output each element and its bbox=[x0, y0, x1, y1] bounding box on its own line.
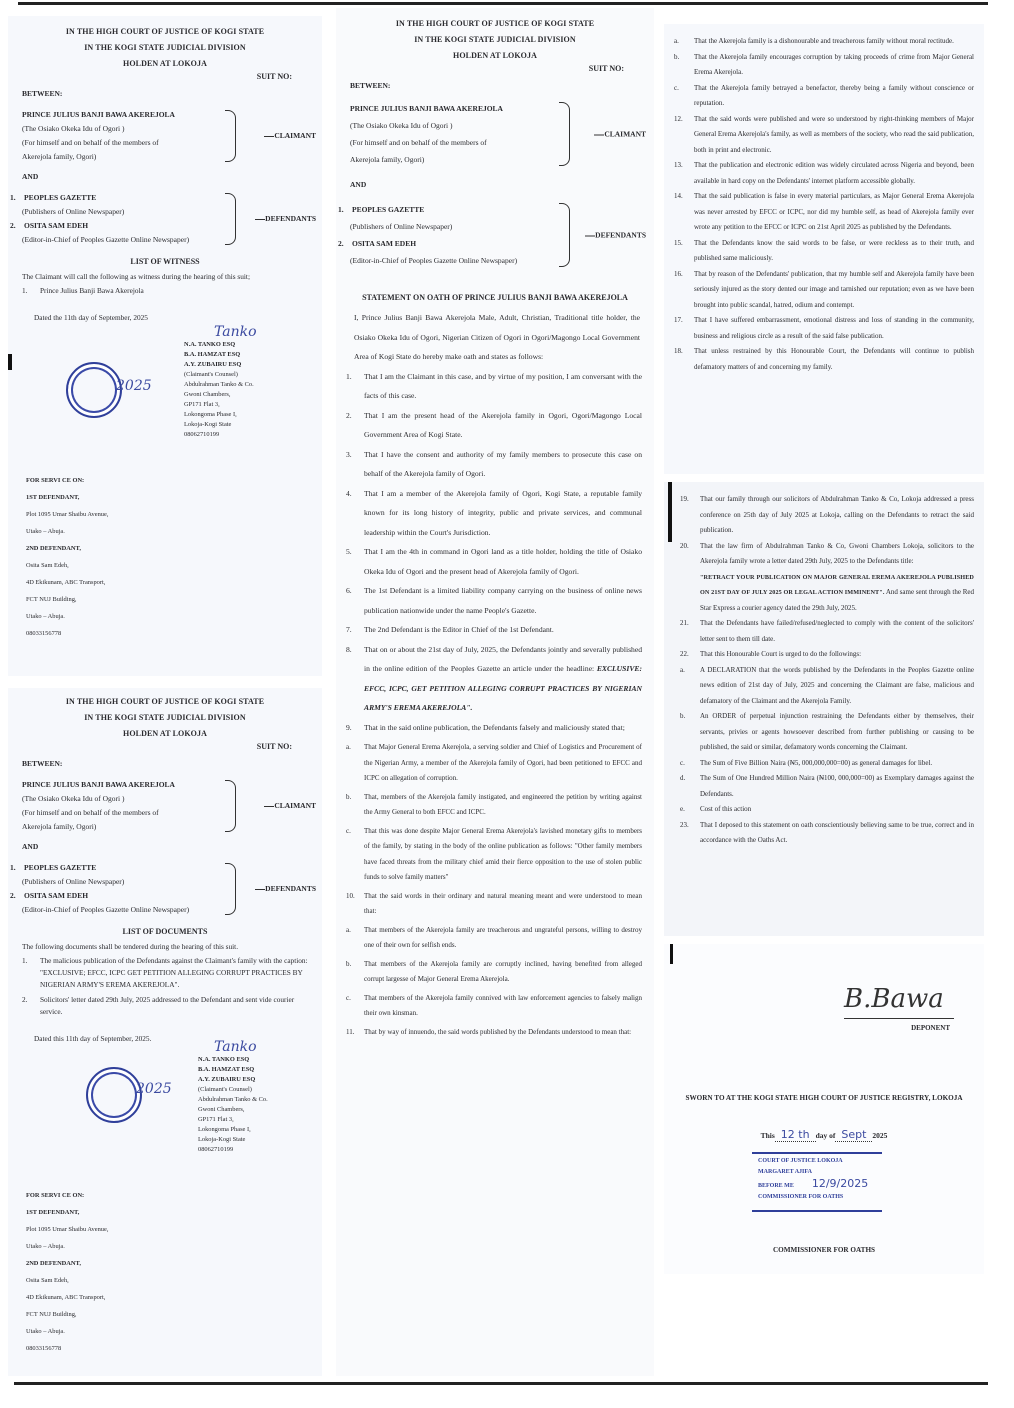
stamp-scrawl: 2025 bbox=[136, 1081, 172, 1097]
document-num: 1. bbox=[22, 955, 40, 991]
stamp-line: BEFORE ME bbox=[758, 1183, 794, 1189]
paragraph-text: An ORDER of perpetual injunction restrai… bbox=[700, 709, 974, 756]
counsel-phone: 08062710199 bbox=[198, 1145, 268, 1155]
paragraph-text: That the Akerejola family betrayed a ben… bbox=[694, 81, 974, 112]
defendants-block: 1.PEOPLES GAZETTE (Publishers of Online … bbox=[350, 201, 654, 269]
witness-list-title: LIST OF WITNESS bbox=[8, 257, 322, 266]
paragraph-body: That members of the Akerejola family con… bbox=[364, 994, 642, 1018]
counsel-address-line: Lokoja-Kogi State bbox=[198, 1135, 268, 1145]
paragraph-number: 3. bbox=[346, 445, 364, 484]
paragraph-body: That the said publication is false in ev… bbox=[694, 192, 974, 231]
paragraph-number: 6. bbox=[346, 581, 364, 620]
paragraph-number: 7. bbox=[346, 620, 364, 640]
paragraph-text: That members of the Akerejola family are… bbox=[364, 957, 642, 988]
counsel-signature-block: 2025 Tanko N.A. TANKO ESQ B.A. HAMZAT ES… bbox=[8, 1047, 322, 1187]
counsel-address-line: Gwoni Chambers, bbox=[184, 390, 254, 400]
deponent-signature: B.Bawa bbox=[844, 984, 944, 1014]
and-label: AND bbox=[22, 172, 322, 181]
claimant-label: CLAIMANT bbox=[274, 129, 316, 143]
paragraph-text: That the Akerejola family encourages cor… bbox=[694, 50, 974, 81]
counsel-signature: Tanko bbox=[214, 1039, 257, 1055]
defendant-2-num: 2. bbox=[10, 219, 24, 233]
paragraph: 12.That the said words were published an… bbox=[674, 112, 974, 159]
defendants-label: DEFENDANTS bbox=[265, 882, 316, 896]
document-item: 2.Solicitors' letter dated 29th July, 20… bbox=[22, 994, 312, 1018]
paragraph-text: The 2nd Defendant is the Editor in Chief… bbox=[364, 620, 554, 640]
service-address-line: Utako – Abuja. bbox=[26, 523, 322, 540]
court-header-line3: HOLDEN AT LOKOJA bbox=[8, 726, 322, 742]
court-header-line2: IN THE KOGI STATE JUDICIAL DIVISION bbox=[8, 710, 322, 726]
paragraph-body: That the Akerejola family is a dishonour… bbox=[694, 37, 954, 45]
paragraph: 7.The 2nd Defendant is the Editor in Chi… bbox=[346, 620, 642, 640]
top-border-rule bbox=[18, 2, 988, 5]
counsel-address-line: Lokongoma Phase I, bbox=[184, 410, 254, 420]
statement-on-oath-page: IN THE HIGH COURT OF JUSTICE OF KOGI STA… bbox=[336, 8, 654, 1376]
paragraph: 22.That this Honourable Court is urged t… bbox=[680, 647, 974, 663]
paragraph-text: That the Akerejola family is a dishonour… bbox=[694, 34, 954, 50]
deponent-signature-block: B.Bawa DEPONENT bbox=[834, 984, 954, 1044]
paragraph-body: That I am the Claimant in this case, and… bbox=[364, 372, 642, 401]
paragraph-text: The Sum of One Hundred Million Naira (₦1… bbox=[700, 771, 974, 802]
defendant-2-name: OSITA SAM EDEH bbox=[24, 221, 88, 230]
paragraph-number: 2. bbox=[346, 406, 364, 445]
sworn-statement: SWORN TO AT THE KOGI STATE HIGH COURT OF… bbox=[664, 1094, 984, 1102]
defendant-2-desc: (Editor-in-Chief of Peoples Gazette Onli… bbox=[350, 252, 654, 269]
paragraph-text: That the Defendants know the said words … bbox=[694, 236, 974, 267]
paragraph-body: The 1st Defendant is a limited liability… bbox=[364, 586, 642, 615]
paragraph: 17.That I have suffered embarrassment, e… bbox=[674, 313, 974, 344]
paragraph-text: That I deposed to this statement on oath… bbox=[700, 818, 974, 849]
statement-continued-paragraphs: a.That the Akerejola family is a dishono… bbox=[674, 34, 974, 375]
chambers-stamp-icon bbox=[66, 362, 122, 418]
court-header-line3: HOLDEN AT LOKOJA bbox=[8, 56, 322, 72]
statement-paragraphs: 1.That I am the Claimant in this case, a… bbox=[346, 367, 642, 1041]
court-header-line3: HOLDEN AT LOKOJA bbox=[336, 48, 654, 64]
claimant-block: PRINCE JULIUS BANJI BAWA AKEREJOLA (The … bbox=[350, 100, 654, 168]
paragraph-number: 10. bbox=[346, 889, 364, 920]
paragraph-text: That this was done despite Major General… bbox=[364, 824, 642, 886]
paragraph-number: 18. bbox=[674, 344, 694, 375]
claimant-name: PRINCE JULIUS BANJI BAWA AKEREJOLA bbox=[22, 108, 322, 122]
claimant-brace bbox=[225, 780, 236, 832]
paragraph-text: That the said words in their ordinary an… bbox=[364, 889, 642, 920]
paragraph: b.An ORDER of perpetual injunction restr… bbox=[680, 709, 974, 756]
paragraph-text: That on or about the 21st day of July, 2… bbox=[364, 640, 642, 718]
court-header-line2: IN THE KOGI STATE JUDICIAL DIVISION bbox=[336, 32, 654, 48]
paragraph: b.That, members of the Akerejola family … bbox=[346, 790, 642, 821]
service-address-line: Osita Sam Edeh, bbox=[26, 557, 322, 574]
paragraph-body: That this was done despite Major General… bbox=[364, 827, 642, 882]
service-address-line: Osita Sam Edeh, bbox=[26, 1272, 322, 1289]
paragraph-text: The 1st Defendant is a limited liability… bbox=[364, 581, 642, 620]
paragraph-body: That the Defendants know the said words … bbox=[694, 239, 974, 263]
service-phone: 08033156778 bbox=[26, 1340, 322, 1357]
paragraph: 13.That the publication and electronic e… bbox=[674, 158, 974, 189]
paragraph-body: That members of the Akerejola family are… bbox=[364, 926, 642, 950]
paragraph-number: 21. bbox=[680, 616, 700, 647]
paragraph-text: That members of the Akerejola family con… bbox=[364, 991, 642, 1022]
paragraph: 3.That I have the consent and authority … bbox=[346, 445, 642, 484]
paragraph: 5.That I am the 4th in command in Ogori … bbox=[346, 542, 642, 581]
paragraph-number: b. bbox=[346, 790, 364, 821]
between-label: BETWEEN: bbox=[22, 89, 322, 98]
paragraph-body: The Sum of Five Billion Naira (₦5, 000,0… bbox=[700, 759, 932, 767]
defendants-brace bbox=[225, 863, 236, 915]
counsel-name: N.A. TANKO ESQ bbox=[198, 1055, 268, 1065]
documents-intro: The following documents shall be tendere… bbox=[22, 940, 310, 953]
court-header-line2: IN THE KOGI STATE JUDICIAL DIVISION bbox=[8, 40, 322, 56]
paragraph-number: 5. bbox=[346, 542, 364, 581]
document-text: Solicitors' letter dated 29th July, 2025… bbox=[40, 994, 312, 1018]
paragraph-text: That the Defendants have failed/refused/… bbox=[700, 616, 974, 647]
claimant-label: CLAIMANT bbox=[604, 126, 646, 143]
service-title: FOR SERVI CE ON: bbox=[26, 1187, 322, 1204]
paragraph-body: That I deposed to this statement on oath… bbox=[700, 821, 974, 845]
defendants-block: 1.PEOPLES GAZETTE (Publishers of Online … bbox=[22, 191, 322, 247]
paragraph-body: That the Akerejola family betrayed a ben… bbox=[694, 84, 974, 108]
counsel-name: A.Y. ZUBAIRU ESQ bbox=[198, 1075, 268, 1085]
witness-num: 1. bbox=[22, 285, 40, 297]
claimant-block: PRINCE JULIUS BANJI BAWA AKEREJOLA (The … bbox=[22, 108, 322, 164]
paragraph-body: That the said words were published and w… bbox=[694, 115, 974, 154]
counsel-address-line: Lokongoma Phase I, bbox=[198, 1125, 268, 1135]
commissioner-stamp: COURT OF JUSTICE LOKOJA MARGARET AJIFA B… bbox=[752, 1152, 882, 1212]
defendants-block: 1.PEOPLES GAZETTE (Publishers of Online … bbox=[22, 861, 322, 917]
paragraph-number: b. bbox=[674, 50, 694, 81]
counsel-address-line: Abdulrahman Tanko & Co. bbox=[198, 1095, 268, 1105]
paragraph: a.A DECLARATION that the words published… bbox=[680, 663, 974, 710]
witness-name: Prince Julius Banji Bawa Akerejola bbox=[40, 285, 144, 297]
paragraph-text: That this Honourable Court is urged to d… bbox=[700, 647, 861, 663]
bottom-border-rule bbox=[14, 1382, 988, 1385]
defendant-2-num: 2. bbox=[338, 235, 352, 252]
paragraph: c.That members of the Akerejola family c… bbox=[346, 991, 642, 1022]
service-address-line: Utako – Abuja. bbox=[26, 1238, 322, 1255]
counsel-address-line: Abdulrahman Tanko & Co. bbox=[184, 380, 254, 390]
defendant-2-name: OSITA SAM EDEH bbox=[352, 239, 416, 248]
paragraph-body: That I have the consent and authority of… bbox=[364, 450, 642, 479]
paragraph-body: The 2nd Defendant is the Editor in Chief… bbox=[364, 625, 554, 634]
paragraph-number: 16. bbox=[674, 267, 694, 314]
paragraph: 8.That on or about the 21st day of July,… bbox=[346, 640, 642, 718]
claimant-behalf-2: Akerejola family, Ogori) bbox=[350, 151, 654, 168]
defendant-1-num: 1. bbox=[338, 201, 352, 218]
paragraph-text: That in the said online publication, the… bbox=[364, 718, 625, 738]
paragraph: 23.That I deposed to this statement on o… bbox=[680, 818, 974, 849]
paragraph: b.That the Akerejola family encourages c… bbox=[674, 50, 974, 81]
paragraph-body: That Major General Erema Akerejola, a se… bbox=[364, 743, 642, 782]
service-address-line: FCT NUJ Building, bbox=[26, 591, 322, 608]
paragraph-number: c. bbox=[680, 756, 700, 772]
counsel-role: (Claimant's Counsel) bbox=[198, 1085, 268, 1095]
handwritten-month: Sept bbox=[835, 1128, 872, 1142]
defendant-1-name: PEOPLES GAZETTE bbox=[352, 205, 424, 214]
paragraph: e.Cost of this action bbox=[680, 802, 974, 818]
witness-intro: The Claimant will call the following as … bbox=[22, 270, 310, 283]
claimant-brace bbox=[225, 110, 236, 162]
court-header-line1: IN THE HIGH COURT OF JUSTICE OF KOGI STA… bbox=[8, 24, 322, 40]
service-address-line: FCT NUJ Building, bbox=[26, 1306, 322, 1323]
paragraph: 16.That by reason of the Defendants' pub… bbox=[674, 267, 974, 314]
paragraph: 21.That the Defendants have failed/refus… bbox=[680, 616, 974, 647]
between-label: BETWEEN: bbox=[22, 759, 322, 768]
reliefs-page: 19.That our family through our solicitor… bbox=[664, 482, 984, 936]
documents-list-title: LIST OF DOCUMENTS bbox=[8, 927, 322, 936]
reliefs-paragraphs: 19.That our family through our solicitor… bbox=[680, 492, 974, 849]
stamp-scrawl: 2025 bbox=[116, 378, 152, 394]
counsel-role: (Claimant's Counsel) bbox=[184, 370, 254, 380]
paragraph-body: That by way of innuendo, the said words … bbox=[364, 1028, 631, 1036]
paragraph: 11.That by way of innuendo, the said wor… bbox=[346, 1025, 642, 1041]
paragraph-body: That the Akerejola family encourages cor… bbox=[694, 53, 974, 77]
counsel-name: N.A. TANKO ESQ bbox=[184, 340, 254, 350]
paragraph-body: That, members of the Akerejola family in… bbox=[364, 793, 642, 817]
paragraph-body: Cost of this action bbox=[700, 805, 751, 813]
service-address-line: Plot 1095 Umar Shaibu Avenue, bbox=[26, 1221, 322, 1238]
paragraph-number: b. bbox=[680, 709, 700, 756]
paragraph: a.That the Akerejola family is a dishono… bbox=[674, 34, 974, 50]
paragraph: 10.That the said words in their ordinary… bbox=[346, 889, 642, 920]
stamp-line: COURT OF JUSTICE LOKOJA bbox=[758, 1156, 876, 1167]
counsel-details: N.A. TANKO ESQ B.A. HAMZAT ESQ A.Y. ZUBA… bbox=[198, 1055, 268, 1155]
paragraph-number: 9. bbox=[346, 718, 364, 738]
paragraph: d.The Sum of One Hundred Million Naira (… bbox=[680, 771, 974, 802]
paragraph-body: That members of the Akerejola family are… bbox=[364, 960, 642, 984]
paragraph-text: That by way of innuendo, the said words … bbox=[364, 1025, 631, 1041]
suit-no: SUIT NO: bbox=[8, 72, 292, 81]
paragraph-body: That this Honourable Court is urged to d… bbox=[700, 650, 861, 658]
paragraph-body: That I am a member of the Akerejola fami… bbox=[364, 489, 642, 537]
paragraph-number: a. bbox=[680, 663, 700, 710]
paragraph-text: A DECLARATION that the words published b… bbox=[700, 663, 974, 710]
paragraph-body: A DECLARATION that the words published b… bbox=[700, 666, 974, 705]
paragraph-number: 12. bbox=[674, 112, 694, 159]
sworn-year: 2025 bbox=[872, 1131, 887, 1140]
documents-list: 1.The malicious publication of the Defen… bbox=[22, 955, 312, 1018]
statement-title: STATEMENT ON OATH OF PRINCE JULIUS BANJI… bbox=[336, 293, 654, 302]
defendant-2-name: OSITA SAM EDEH bbox=[24, 891, 88, 900]
paragraph-text: That I am a member of the Akerejola fami… bbox=[364, 484, 642, 543]
paragraph-number: 1. bbox=[346, 367, 364, 406]
defendant-1-name: PEOPLES GAZETTE bbox=[24, 863, 96, 872]
documents-list-page: IN THE HIGH COURT OF JUSTICE OF KOGI STA… bbox=[8, 688, 322, 1376]
second-defendant-label: 2ND DEFENDANT, bbox=[26, 540, 322, 557]
claimant-name: PRINCE JULIUS BANJI BAWA AKEREJOLA bbox=[350, 100, 654, 117]
paragraph: a.That Major General Erema Akerejola, a … bbox=[346, 740, 642, 787]
witness-item: 1.Prince Julius Banji Bawa Akerejola bbox=[22, 285, 312, 297]
paragraph-text: That members of the Akerejola family are… bbox=[364, 923, 642, 954]
paragraph-text: That I have the consent and authority of… bbox=[364, 445, 642, 484]
defendant-1-num: 1. bbox=[10, 861, 24, 875]
chambers-stamp-icon bbox=[86, 1067, 142, 1123]
paragraph-body: That the Defendants have failed/refused/… bbox=[700, 619, 974, 643]
paragraph-text: That, members of the Akerejola family in… bbox=[364, 790, 642, 821]
paragraph-body: That the said words in their ordinary an… bbox=[364, 892, 642, 916]
witness-list-page: IN THE HIGH COURT OF JUSTICE OF KOGI STA… bbox=[8, 16, 322, 676]
paragraph-number: 11. bbox=[346, 1025, 364, 1041]
paragraph-text: That the said publication is false in ev… bbox=[694, 189, 974, 236]
paragraph: 9.That in the said online publication, t… bbox=[346, 718, 642, 738]
paragraph: 18.That unless restrained by this Honour… bbox=[674, 344, 974, 375]
claimant-behalf-2: Akerejola family, Ogori) bbox=[22, 150, 322, 164]
paragraph-text: That unless restrained by this Honourabl… bbox=[694, 344, 974, 375]
and-label: AND bbox=[350, 180, 654, 189]
document-item: 1.The malicious publication of the Defen… bbox=[22, 955, 312, 991]
paragraph: c.The Sum of Five Billion Naira (₦5, 000… bbox=[680, 756, 974, 772]
paragraph-body: That by reason of the Defendants' public… bbox=[694, 270, 974, 309]
paragraph-number: 22. bbox=[680, 647, 700, 663]
paragraph-body: That the law firm of Abdulrahman Tanko &… bbox=[700, 542, 974, 566]
paragraph-text: That the said words were published and w… bbox=[694, 112, 974, 159]
paragraph-text: Cost of this action bbox=[700, 802, 751, 818]
service-address-line: 4D Ekikunam, ABC Transport, bbox=[26, 1289, 322, 1306]
claimant-behalf-2: Akerejola family, Ogori) bbox=[22, 820, 322, 834]
paragraph-text: The Sum of Five Billion Naira (₦5, 000,0… bbox=[700, 756, 932, 772]
paragraph-number: c. bbox=[346, 991, 364, 1022]
paragraph-number: c. bbox=[674, 81, 694, 112]
service-block: FOR SERVI CE ON: 1ST DEFENDANT, Plot 109… bbox=[26, 472, 322, 642]
service-block: FOR SERVI CE ON: 1ST DEFENDANT, Plot 109… bbox=[26, 1187, 322, 1357]
paragraph-body: The Sum of One Hundred Million Naira (₦1… bbox=[700, 774, 974, 798]
service-address-line: Plot 1095 Umar Shaibu Avenue, bbox=[26, 506, 322, 523]
paragraph-text: That Major General Erema Akerejola, a se… bbox=[364, 740, 642, 787]
defendants-label: DEFENDANTS bbox=[265, 212, 316, 226]
paragraph-number: b. bbox=[346, 957, 364, 988]
paragraph-text: That I have suffered embarrassment, emot… bbox=[694, 313, 974, 344]
jurat-page: B.Bawa DEPONENT SWORN TO AT THE KOGI STA… bbox=[664, 944, 984, 1274]
defendant-2-desc: (Editor-in-Chief of Peoples Gazette Onli… bbox=[22, 903, 322, 917]
claimant-brace bbox=[559, 102, 570, 166]
defendants-brace bbox=[225, 193, 236, 245]
scan-edge-mark bbox=[668, 482, 672, 542]
counsel-address-line: Gwoni Chambers, bbox=[198, 1105, 268, 1115]
defendant-2-desc: (Editor-in-Chief of Peoples Gazette Onli… bbox=[22, 233, 322, 247]
counsel-details: N.A. TANKO ESQ B.A. HAMZAT ESQ A.Y. ZUBA… bbox=[184, 340, 254, 440]
signature-line bbox=[844, 1018, 954, 1019]
suit-no: SUIT NO: bbox=[8, 742, 292, 751]
paragraph: b.That members of the Akerejola family a… bbox=[346, 957, 642, 988]
defendants-brace bbox=[559, 203, 570, 267]
counsel-address-line: Lokoja-Kogi State bbox=[184, 420, 254, 430]
paragraph-body: That I am the present head of the Akerej… bbox=[364, 411, 642, 440]
paragraph: 1.That I am the Claimant in this case, a… bbox=[346, 367, 642, 406]
paragraph-text: That our family through our solicitors o… bbox=[700, 492, 974, 539]
paragraph-body: That I am the 4th in command in Ogori la… bbox=[364, 547, 642, 576]
paragraph: 2.That I am the present head of the Aker… bbox=[346, 406, 642, 445]
counsel-name: B.A. HAMZAT ESQ bbox=[198, 1065, 268, 1075]
paragraph-number: d. bbox=[680, 771, 700, 802]
paragraph-text: That I am the 4th in command in Ogori la… bbox=[364, 542, 642, 581]
paragraph: 20.That the law firm of Abdulrahman Tank… bbox=[680, 539, 974, 617]
paragraph: 6.The 1st Defendant is a limited liabili… bbox=[346, 581, 642, 620]
claimant-block: PRINCE JULIUS BANJI BAWA AKEREJOLA (The … bbox=[22, 778, 322, 834]
paragraph: c.That this was done despite Major Gener… bbox=[346, 824, 642, 886]
documents-dated: Dated this 11th day of September, 2025. bbox=[34, 1034, 322, 1043]
claimant-name: PRINCE JULIUS BANJI BAWA AKEREJOLA bbox=[22, 778, 322, 792]
this-prefix: This bbox=[761, 1131, 775, 1140]
service-address-line: 4D Ekikunam, ABC Transport, bbox=[26, 574, 322, 591]
between-label: BETWEEN: bbox=[350, 81, 654, 90]
suit-no: SUIT NO: bbox=[336, 64, 624, 73]
counsel-address-line: GP171 Flat 3, bbox=[198, 1115, 268, 1125]
paragraph: 14.That the said publication is false in… bbox=[674, 189, 974, 236]
commissioner-label: COMMISSIONER FOR OATHS bbox=[664, 1246, 984, 1254]
first-defendant-label: 1ST DEFENDANT, bbox=[26, 1204, 322, 1221]
paragraph-number: a. bbox=[346, 740, 364, 787]
defendant-1-name: PEOPLES GAZETTE bbox=[24, 193, 96, 202]
paragraph-text: That I am the present head of the Akerej… bbox=[364, 406, 642, 445]
paragraph-text: That the law firm of Abdulrahman Tanko &… bbox=[700, 539, 974, 617]
paragraph-body: That the publication and electronic edit… bbox=[694, 161, 974, 185]
defendant-2-num: 2. bbox=[10, 889, 24, 903]
claimant-label: CLAIMANT bbox=[274, 799, 316, 813]
paragraph-text: That by reason of the Defendants' public… bbox=[694, 267, 974, 314]
paragraph-number: 23. bbox=[680, 818, 700, 849]
witness-dated: Dated the 11th day of September, 2025 bbox=[34, 313, 322, 322]
paragraph-number: 4. bbox=[346, 484, 364, 543]
handwritten-day: 12 th bbox=[775, 1128, 816, 1142]
paragraph: 15.That the Defendants know the said wor… bbox=[674, 236, 974, 267]
defendants-label: DEFENDANTS bbox=[595, 227, 646, 244]
day-of-label: day of bbox=[816, 1131, 836, 1140]
counsel-signature: Tanko bbox=[214, 324, 257, 340]
paragraph-body: That in the said online publication, the… bbox=[364, 723, 625, 732]
service-phone: 08033156778 bbox=[26, 625, 322, 642]
scan-edge-mark bbox=[670, 944, 673, 964]
paragraph-body: That our family through our solicitors o… bbox=[700, 495, 974, 534]
paragraph: a.That members of the Akerejola family a… bbox=[346, 923, 642, 954]
defendant-1-num: 1. bbox=[10, 191, 24, 205]
paragraph-number: e. bbox=[680, 802, 700, 818]
stamp-date: 12/9/2025 bbox=[812, 1177, 868, 1190]
paragraph-number: 8. bbox=[346, 640, 364, 718]
paragraph-body: An ORDER of perpetual injunction restrai… bbox=[700, 712, 974, 751]
paragraph-number: 13. bbox=[674, 158, 694, 189]
paragraph: 4.That I am a member of the Akerejola fa… bbox=[346, 484, 642, 543]
document-num: 2. bbox=[22, 994, 40, 1018]
service-address-line: Utako – Abuja. bbox=[26, 608, 322, 625]
paragraph-number: 20. bbox=[680, 539, 700, 617]
counsel-name: A.Y. ZUBAIRU ESQ bbox=[184, 360, 254, 370]
court-header-line1: IN THE HIGH COURT OF JUSTICE OF KOGI STA… bbox=[336, 16, 654, 32]
sworn-date-line: This12 thday ofSept2025 bbox=[664, 1128, 984, 1141]
paragraph-text: That the publication and electronic edit… bbox=[694, 158, 974, 189]
paragraph: c.That the Akerejola family betrayed a b… bbox=[674, 81, 974, 112]
deponent-label: DEPONENT bbox=[911, 1024, 950, 1032]
service-title: FOR SERVI CE ON: bbox=[26, 472, 322, 489]
paragraph-number: 19. bbox=[680, 492, 700, 539]
paragraph-number: c. bbox=[346, 824, 364, 886]
paragraph-number: 17. bbox=[674, 313, 694, 344]
witness-list: 1.Prince Julius Banji Bawa Akerejola bbox=[22, 285, 312, 297]
paragraph-number: a. bbox=[346, 923, 364, 954]
stamp-line: COMMISSIONER FOR OATHS bbox=[758, 1192, 876, 1203]
first-defendant-label: 1ST DEFENDANT, bbox=[26, 489, 322, 506]
paragraph-number: 14. bbox=[674, 189, 694, 236]
paragraph-text: That I am the Claimant in this case, and… bbox=[364, 367, 642, 406]
counsel-signature-block: 2025 Tanko N.A. TANKO ESQ B.A. HAMZAT ES… bbox=[8, 332, 322, 472]
and-label: AND bbox=[22, 842, 322, 851]
court-header-line1: IN THE HIGH COURT OF JUSTICE OF KOGI STA… bbox=[8, 694, 322, 710]
statement-intro: I, Prince Julius Banji Bawa Akerejola Ma… bbox=[354, 308, 640, 367]
paragraph: 19.That our family through our solicitor… bbox=[680, 492, 974, 539]
paragraph-number: a. bbox=[674, 34, 694, 50]
statement-continued-page: a.That the Akerejola family is a dishono… bbox=[664, 24, 984, 474]
document-text: The malicious publication of the Defenda… bbox=[40, 955, 312, 991]
second-defendant-label: 2ND DEFENDANT, bbox=[26, 1255, 322, 1272]
counsel-address-line: GP171 Flat 3, bbox=[184, 400, 254, 410]
paragraph-body: That I have suffered embarrassment, emot… bbox=[694, 316, 974, 340]
